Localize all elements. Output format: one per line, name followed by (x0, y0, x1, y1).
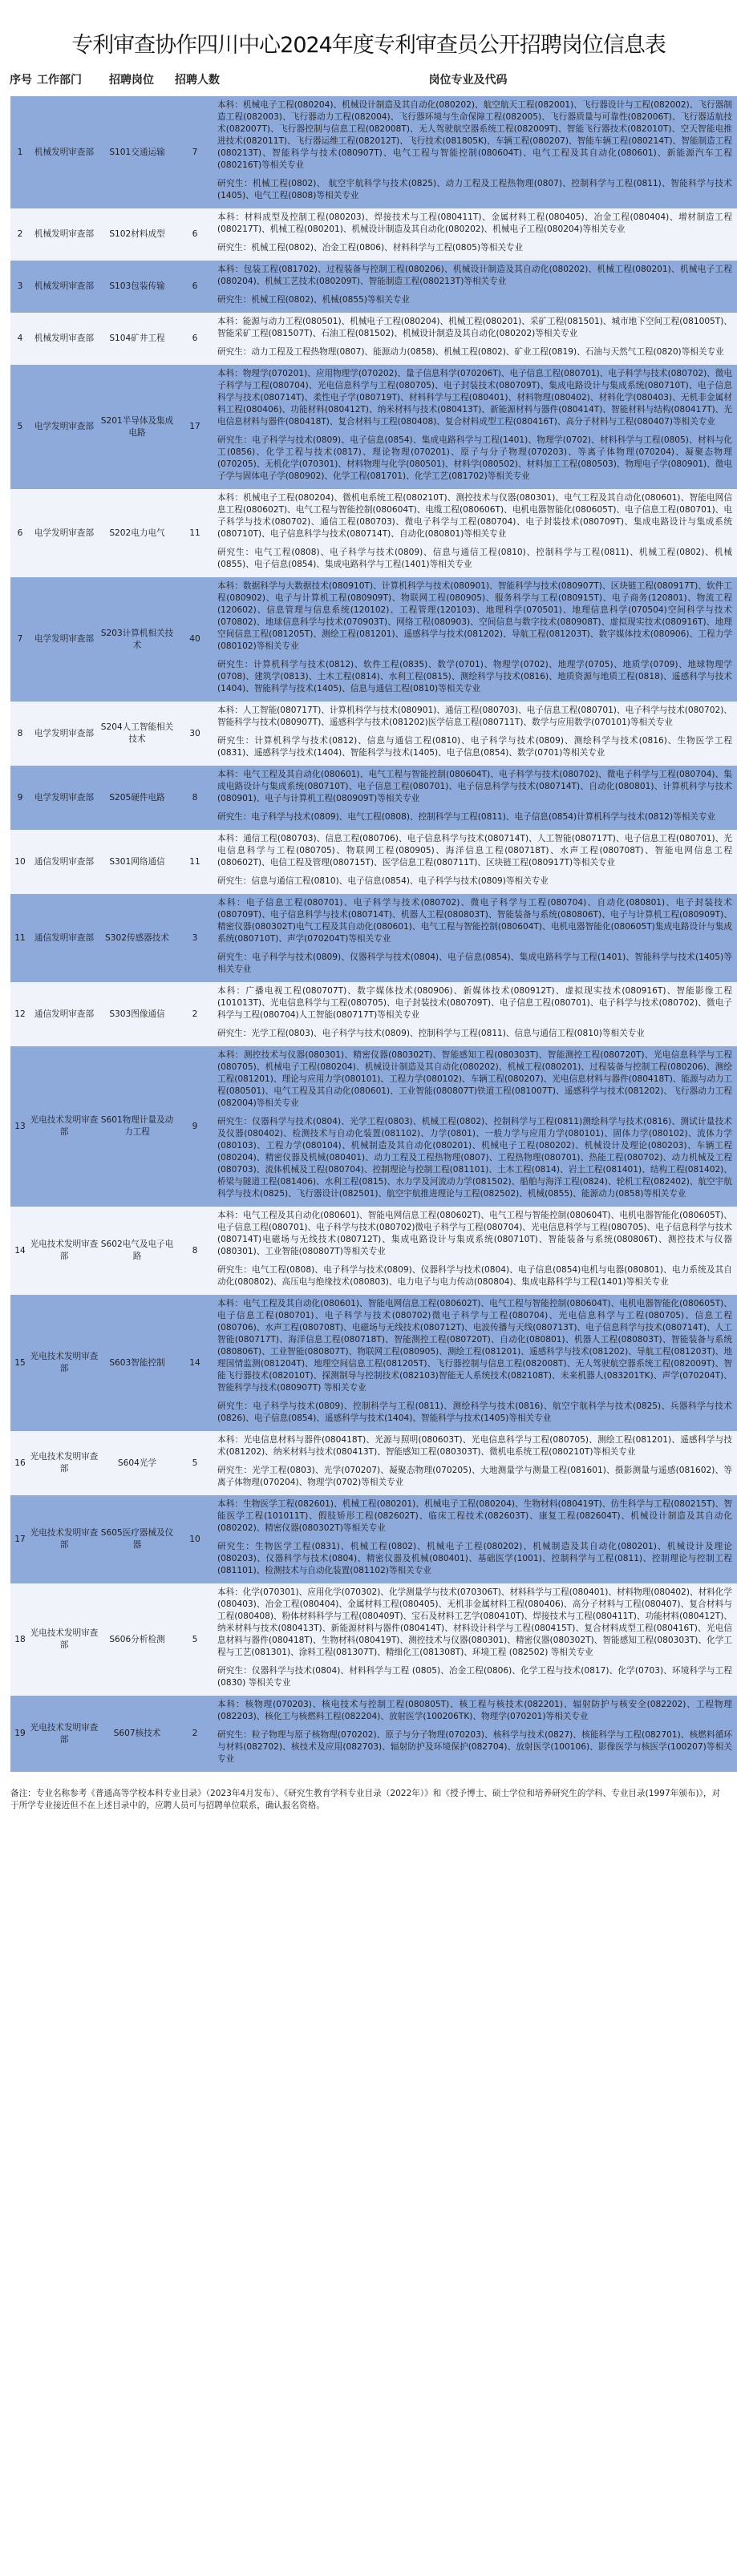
page-title: 专利审查协作四川中心2024年度专利审查员公开招聘岗位信息表 (0, 0, 737, 59)
row-count: 6 (176, 261, 214, 313)
row-count: 40 (176, 577, 214, 702)
row-count: 11 (176, 830, 214, 894)
row-position: S202电力电气 (99, 489, 176, 577)
table-row: 5电学发明审查部S201半导体及集成电路17本科：物理学(070201)、应用物… (10, 365, 737, 489)
undergrad-majors: 本科：生物医学工程(082601)、机械工程(080201)、机械电子工程(08… (217, 1498, 732, 1535)
row-count: 5 (176, 1431, 214, 1495)
row-count: 8 (176, 1207, 214, 1295)
row-seq: 9 (10, 766, 30, 830)
row-seq: 8 (10, 702, 30, 766)
row-position: S603智能控制 (99, 1295, 176, 1431)
row-majors: 本科：物理学(070201)、应用物理学(070202)、量子信息科学(0702… (214, 365, 737, 489)
header-seq: 序号 (0, 71, 37, 87)
row-dept: 通信发明审查部 (30, 982, 99, 1046)
table-row: 7电学发明审查部S203计算机相关技术40本科：数据科学与大数据技术(08091… (10, 577, 737, 702)
row-seq: 1 (10, 96, 30, 208)
row-position: S302传感器技术 (99, 894, 176, 982)
row-dept: 通信发明审查部 (30, 894, 99, 982)
graduate-majors: 研究生：仪器科学与技术(0804)、材料科学与工程 (0805)、冶金工程(08… (217, 1665, 732, 1689)
row-majors: 本科：生物医学工程(082601)、机械工程(080201)、机械电子工程(08… (214, 1495, 737, 1583)
graduate-majors: 研究生：动力工程及工程热物理(0807)、能源动力(0858)、机械工程(080… (217, 346, 732, 358)
row-seq: 11 (10, 894, 30, 982)
row-count: 5 (176, 1583, 214, 1696)
row-majors: 本科：能源与动力工程(080501)、机械电子工程(080204)、机械工程(0… (214, 313, 737, 365)
row-dept: 电学发明审查部 (30, 766, 99, 830)
table-row: 1机械发明审查部S101交通运输7本科：机械电子工程(080204)、机械设计制… (10, 96, 737, 208)
row-count: 6 (176, 208, 214, 261)
row-count: 10 (176, 1495, 214, 1583)
row-majors: 本科：广播电视工程(080707T)、数字媒体技术(080906)、新媒体技术(… (214, 982, 737, 1046)
graduate-majors: 研究生：计算机科学与技术(0812)、软件工程(0835)、数学(0701)、物… (217, 659, 732, 695)
row-position: S103包装传输 (99, 261, 176, 313)
row-count: 6 (176, 313, 214, 365)
undergrad-majors: 本科：电气工程及其自动化(080601)、电气工程与智能控制(080604T)、… (217, 769, 732, 805)
row-dept: 光电技术发明审查部 (30, 1495, 99, 1583)
row-position: S606分析检测 (99, 1583, 176, 1696)
row-majors: 本科：电气工程及其自动化(080601)、智能电网信息工程(080602T)、电… (214, 1207, 737, 1295)
row-dept: 电学发明审查部 (30, 489, 99, 577)
row-count: 14 (176, 1295, 214, 1431)
row-seq: 12 (10, 982, 30, 1046)
table-row: 12通信发明审查部S303图像通信2本科：广播电视工程(080707T)、数字媒… (10, 982, 737, 1046)
row-dept: 电学发明审查部 (30, 365, 99, 489)
row-dept: 光电技术发明审查部 (30, 1295, 99, 1431)
row-dept: 机械发明审查部 (30, 96, 99, 208)
row-seq: 4 (10, 313, 30, 365)
row-position: S104矿井工程 (99, 313, 176, 365)
table-row: 17光电技术发明审查部S605医疗器械及仪器10本科：生物医学工程(082601… (10, 1495, 737, 1583)
positions-table: 1机械发明审查部S101交通运输7本科：机械电子工程(080204)、机械设计制… (10, 96, 737, 1772)
row-dept: 机械发明审查部 (30, 208, 99, 261)
undergrad-majors: 本科：电气工程及其自动化(080601)、智能电网信息工程(080602T)、电… (217, 1298, 732, 1394)
graduate-majors: 研究生：电子科学与技术(0809)、仪器科学与技术(0804)、电子信息(085… (217, 952, 732, 976)
graduate-majors: 研究生：生物医学工程(0831)、机械工程(0802)、机械电子工程(08020… (217, 1541, 732, 1577)
row-majors: 本科：人工智能(080717T)、计算机科学与技术(080901)、通信工程(0… (214, 702, 737, 766)
row-seq: 7 (10, 577, 30, 702)
row-count: 3 (176, 894, 214, 982)
undergrad-majors: 本科：电子信息工程(080701)、电子科学与技术(080702)、微电子科学与… (217, 897, 732, 945)
header-majors: 岗位专业及代码 (271, 71, 737, 87)
row-majors: 本科：通信工程(080703)、信息工程(080706)、电子信息科学与技术(0… (214, 830, 737, 894)
table-row: 4机械发明审查部S104矿井工程6本科：能源与动力工程(080501)、机械电子… (10, 313, 737, 365)
row-count: 17 (176, 365, 214, 489)
graduate-majors: 研究生：机械工程(0802)、机械(0855)等相关专业 (217, 294, 732, 306)
row-count: 11 (176, 489, 214, 577)
header-position: 招聘岗位 (109, 71, 175, 87)
table-row: 14光电技术发明审查部S602电气及电子电路8本科：电气工程及其自动化(0806… (10, 1207, 737, 1295)
undergrad-majors: 本科：通信工程(080703)、信息工程(080706)、电子信息科学与技术(0… (217, 833, 732, 869)
row-seq: 15 (10, 1295, 30, 1431)
table-row: 3机械发明审查部S103包装传输6本科：包装工程(081702)、过程装备与控制… (10, 261, 737, 313)
graduate-majors: 研究生：信息与通信工程(0810)、电子信息(0854)、电子科学与技术(080… (217, 876, 732, 888)
row-majors: 本科：材料成型及控制工程(080203)、焊接技术与工程(080411T)、金属… (214, 208, 737, 261)
graduate-majors: 研究生：电气工程(0808)、电子科学与技术(0809)、信息与通信工程(081… (217, 547, 732, 571)
header-dept: 工作部门 (37, 71, 109, 87)
row-majors: 本科：数据科学与大数据技术(080910T)、计算机科学与技术(080901)、… (214, 577, 737, 702)
graduate-majors: 研究生：光学工程(0803)、电子科学与技术(0809)、控制科学与工程(081… (217, 1028, 732, 1040)
row-dept: 光电技术发明审查部 (30, 1583, 99, 1696)
graduate-majors: 研究生：电子科学与技术(0809)、电子信息(0854)、集成电路科学与工程(1… (217, 435, 732, 483)
row-majors: 本科：电子信息工程(080701)、电子科学与技术(080702)、微电子科学与… (214, 894, 737, 982)
graduate-majors: 研究生：光学工程(0803)、光学(070207)、凝聚态物理(070205)、… (217, 1465, 732, 1489)
row-majors: 本科：光电信息材料与器件(080418T)、光源与照明(080603T)、光电信… (214, 1431, 737, 1495)
row-position: S604光学 (99, 1431, 176, 1495)
row-count: 7 (176, 96, 214, 208)
graduate-majors: 研究生：仪器科学与技术(0804)、光学工程(0803)、机械工程(0802)、… (217, 1116, 732, 1200)
row-count: 8 (176, 766, 214, 830)
row-position: S102材料成型 (99, 208, 176, 261)
row-seq: 17 (10, 1495, 30, 1583)
row-seq: 18 (10, 1583, 30, 1696)
undergrad-majors: 本科：人工智能(080717T)、计算机科学与技术(080901)、通信工程(0… (217, 705, 732, 729)
row-seq: 10 (10, 830, 30, 894)
row-count: 2 (176, 1696, 214, 1772)
undergrad-majors: 本科：化学(070301)、应用化学(070302)、化学测量学与技术(0703… (217, 1587, 732, 1659)
row-seq: 16 (10, 1431, 30, 1495)
row-count: 30 (176, 702, 214, 766)
table-row: 10通信发明审查部S301网络通信11本科：通信工程(080703)、信息工程(… (10, 830, 737, 894)
row-position: S607核技术 (99, 1696, 176, 1772)
table-row: 6电学发明审查部S202电力电气11本科：机械电子工程(080204)、微机电系… (10, 489, 737, 577)
table-row: 15光电技术发明审查部S603智能控制14本科：电气工程及其自动化(080601… (10, 1295, 737, 1431)
row-position: S203计算机相关技术 (99, 577, 176, 702)
undergrad-majors: 本科：数据科学与大数据技术(080910T)、计算机科学与技术(080901)、… (217, 580, 732, 653)
row-seq: 5 (10, 365, 30, 489)
row-majors: 本科：化学(070301)、应用化学(070302)、化学测量学与技术(0703… (214, 1583, 737, 1696)
header-count: 招聘人数 (175, 71, 271, 87)
graduate-majors: 研究生：机械工程(0802)、 航空宇航科学与技术(0825)、动力工程及工程热… (217, 178, 732, 202)
undergrad-majors: 本科：能源与动力工程(080501)、机械电子工程(080204)、机械工程(0… (217, 316, 732, 340)
table-row: 8电学发明审查部S204人工智能相关技术30本科：人工智能(080717T)、计… (10, 702, 737, 766)
row-seq: 6 (10, 489, 30, 577)
table-row: 2机械发明审查部S102材料成型6本科：材料成型及控制工程(080203)、焊接… (10, 208, 737, 261)
row-majors: 本科：包装工程(081702)、过程装备与控制工程(080206)、机械设计制造… (214, 261, 737, 313)
table-row: 19光电技术发明审查部S607核技术2本科：核物理(070203)、核电技术与控… (10, 1696, 737, 1772)
row-seq: 2 (10, 208, 30, 261)
row-position: S303图像通信 (99, 982, 176, 1046)
graduate-majors: 研究生：计算机科学与技术(0812)、信息与通信工程(0810)、电子科学与技术… (217, 735, 732, 759)
undergrad-majors: 本科：材料成型及控制工程(080203)、焊接技术与工程(080411T)、金属… (217, 212, 732, 236)
row-position: S601物理计量及动力工程 (99, 1046, 176, 1207)
table-row: 18光电技术发明审查部S606分析检测5本科：化学(070301)、应用化学(0… (10, 1583, 737, 1696)
undergrad-majors: 本科：机械电子工程(080204)、机械设计制造及其自动化(080202)、航空… (217, 99, 732, 172)
graduate-majors: 研究生：电气工程(0808)、电子科学与技术(0809)、仪器科学与技术(080… (217, 1264, 732, 1288)
graduate-majors: 研究生：机械工程(0802)、冶金工程(0806)、材料科学与工程(0805)等… (217, 242, 732, 254)
row-dept: 光电技术发明审查部 (30, 1431, 99, 1495)
row-seq: 3 (10, 261, 30, 313)
undergrad-majors: 本科：核物理(070203)、核电技术与控制工程(080805T)、核工程与核技… (217, 1699, 732, 1723)
row-position: S204人工智能相关技术 (99, 702, 176, 766)
table-row: 11通信发明审查部S302传感器技术3本科：电子信息工程(080701)、电子科… (10, 894, 737, 982)
row-seq: 19 (10, 1696, 30, 1772)
row-majors: 本科：机械电子工程(080204)、机械设计制造及其自动化(080202)、航空… (214, 96, 737, 208)
table-header: 序号 工作部门 招聘岗位 招聘人数 岗位专业及代码 (0, 63, 737, 96)
row-position: S602电气及电子电路 (99, 1207, 176, 1295)
row-dept: 电学发明审查部 (30, 702, 99, 766)
row-majors: 本科：机械电子工程(080204)、微机电系统工程(080210T)、测控技术与… (214, 489, 737, 577)
row-position: S605医疗器械及仪器 (99, 1495, 176, 1583)
row-dept: 机械发明审查部 (30, 261, 99, 313)
table-row: 13光电技术发明审查部S601物理计量及动力工程9本科：测控技术与仪器(0803… (10, 1046, 737, 1207)
row-seq: 13 (10, 1046, 30, 1207)
undergrad-majors: 本科：包装工程(081702)、过程装备与控制工程(080206)、机械设计制造… (217, 264, 732, 288)
undergrad-majors: 本科：物理学(070201)、应用物理学(070202)、量子信息科学(0702… (217, 368, 732, 428)
table-row: 9电学发明审查部S205硬件电路8本科：电气工程及其自动化(080601)、电气… (10, 766, 737, 830)
graduate-majors: 研究生：粒子物理与原子核物理(070202)、原子与分子物理(070203)、核… (217, 1729, 732, 1765)
undergrad-majors: 本科：测控技术与仪器(080301)、精密仪器(080302T)、智能感知工程(… (217, 1049, 732, 1110)
row-dept: 光电技术发明审查部 (30, 1046, 99, 1207)
undergrad-majors: 本科：广播电视工程(080707T)、数字媒体技术(080906)、新媒体技术(… (217, 985, 732, 1021)
row-count: 2 (176, 982, 214, 1046)
row-position: S201半导体及集成电路 (99, 365, 176, 489)
row-dept: 电学发明审查部 (30, 577, 99, 702)
row-dept: 光电技术发明审查部 (30, 1696, 99, 1772)
row-majors: 本科：核物理(070203)、核电技术与控制工程(080805T)、核工程与核技… (214, 1696, 737, 1772)
graduate-majors: 研究生：电子科学与技术(0809)、电气工程(0808)、控制科学与工程(081… (217, 811, 732, 823)
undergrad-majors: 本科：光电信息材料与器件(080418T)、光源与照明(080603T)、光电信… (217, 1434, 732, 1458)
row-position: S101交通运输 (99, 96, 176, 208)
row-count: 9 (176, 1046, 214, 1207)
row-seq: 14 (10, 1207, 30, 1295)
row-position: S205硬件电路 (99, 766, 176, 830)
row-majors: 本科：电气工程及其自动化(080601)、智能电网信息工程(080602T)、电… (214, 1295, 737, 1431)
row-dept: 机械发明审查部 (30, 313, 99, 365)
graduate-majors: 研究生：电子科学与技术(0809)、控制科学与工程(0811)、测绘科学与技术(… (217, 1401, 732, 1425)
footnote: 备注：专业名称参考《普通高等学校本科专业目录》（2023年4月发布）、《研究生教… (10, 1788, 727, 1812)
row-majors: 本科：电气工程及其自动化(080601)、电气工程与智能控制(080604T)、… (214, 766, 737, 830)
row-dept: 光电技术发明审查部 (30, 1207, 99, 1295)
undergrad-majors: 本科：机械电子工程(080204)、微机电系统工程(080210T)、测控技术与… (217, 492, 732, 540)
table-row: 16光电技术发明审查部S604光学5本科：光电信息材料与器件(080418T)、… (10, 1431, 737, 1495)
row-position: S301网络通信 (99, 830, 176, 894)
row-majors: 本科：测控技术与仪器(080301)、精密仪器(080302T)、智能感知工程(… (214, 1046, 737, 1207)
row-dept: 通信发明审查部 (30, 830, 99, 894)
undergrad-majors: 本科：电气工程及其自动化(080601)、智能电网信息工程(080602T)、电… (217, 1210, 732, 1258)
